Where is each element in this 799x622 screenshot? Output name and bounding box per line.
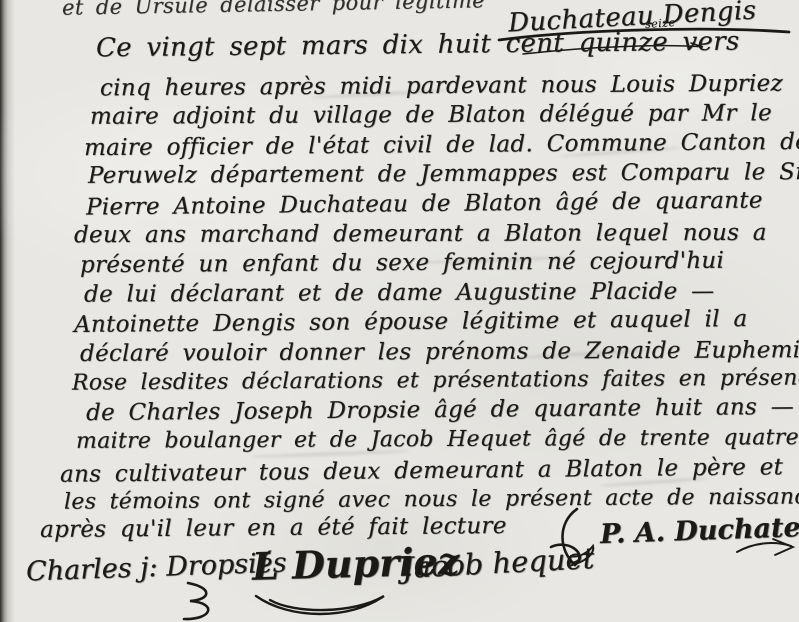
manuscript-line: deux ans marchand demeurant a Blaton leq… [74,220,767,248]
dupriez-underline-flourish [250,590,390,622]
manuscript-line: Rose lesdites déclarations et présentati… [72,365,799,395]
manuscript-line: de lui déclarant et de dame Augustine Pl… [84,278,715,307]
manuscript-line: ans cultivateur tous deux demeurant a Bl… [60,454,783,488]
hequet-tail-flourish [565,542,599,572]
manuscript-line: Antoinette Dengis son épouse légitime et… [74,306,748,338]
manuscript-line: les témoins ont signé avec nous le prése… [64,484,799,514]
signature-dropsi: Charles j: Dropsiés [26,547,288,587]
manuscript-line: maire adjoint du village de Blaton délég… [90,100,772,130]
manuscript-line: cinq heures après midi pardevant nous Lo… [100,71,783,102]
document-scan: et de Ursule delaisser pour légitime Duc… [0,0,799,622]
manuscript-line: déclaré vouloir donner les prénoms de Ze… [80,337,799,367]
manuscript-line: Peruwelz département de Jemmappes est Co… [88,159,799,189]
manuscript-line: de Charles Joseph Dropsie âgé de quarant… [86,394,794,426]
manuscript-line: Pierre Antoine Duchateau de Blaton âgé d… [86,187,763,220]
manuscript-line: maire officier de l'état civil de lad. C… [84,129,799,161]
manuscript-line: présenté un enfant du sexe feminin né ce… [80,248,724,278]
dropsi-paraph-flourish [168,580,228,622]
signature-tail-flourish [735,536,797,562]
previous-record-fragment: et de Ursule delaisser pour légitime [62,0,485,20]
manuscript-line: maitre boulanger et de Jacob Hequet âgé … [76,425,799,454]
